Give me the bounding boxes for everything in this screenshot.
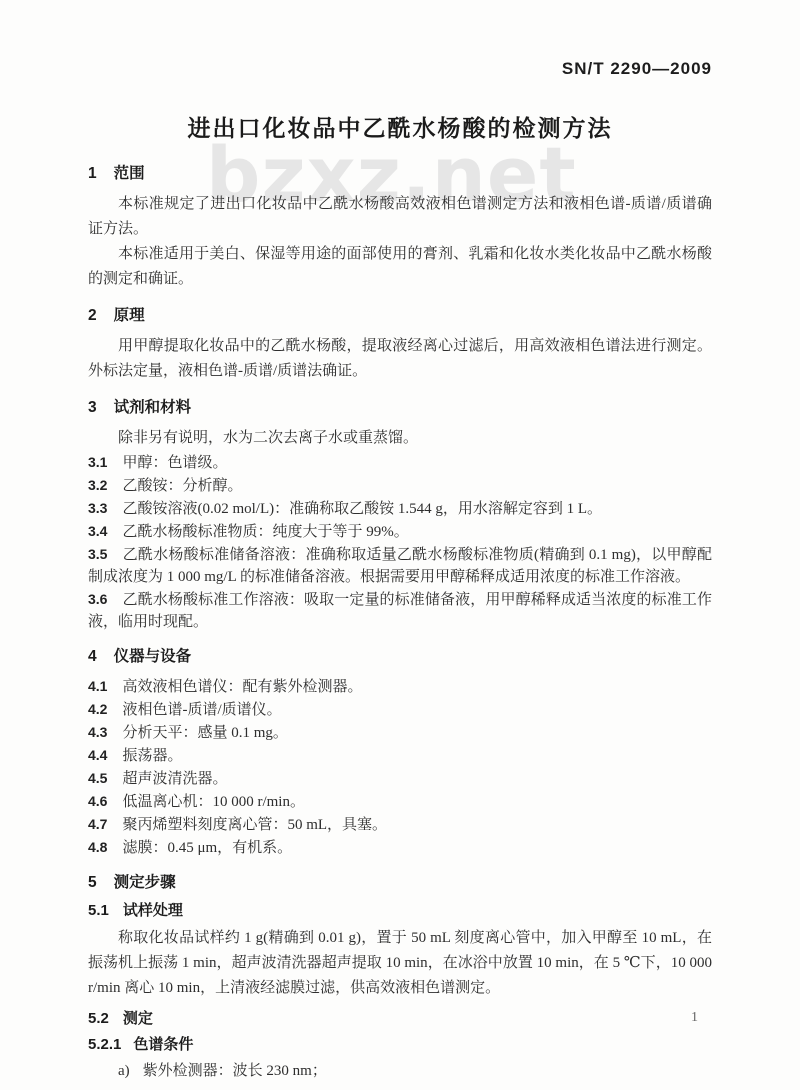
clause-3-5-number: 3.5 bbox=[88, 546, 107, 562]
section-1-paragraph-1: 本标准规定了进出口化妆品中乙酰水杨酸高效液相色谱测定方法和液相色谱-质谱/质谱确… bbox=[88, 192, 712, 242]
section-5-2-heading: 5.2测定 bbox=[88, 1009, 712, 1029]
clause-4-1-number: 4.1 bbox=[88, 678, 107, 694]
clause-3-4-text: 乙酰水杨酸标准物质：纯度大于等于 99%。 bbox=[122, 524, 408, 540]
clause-4-6-text: 低温离心机：10 000 r/min。 bbox=[122, 794, 305, 810]
section-5-1-paragraph: 称取化妆品试样约 1 g(精确到 0.01 g)，置于 50 mL 刻度离心管中… bbox=[88, 926, 712, 1001]
clause-4-2-number: 4.2 bbox=[88, 701, 107, 717]
section-5-1-number: 5.1 bbox=[88, 902, 109, 919]
section-3-number: 3 bbox=[88, 399, 97, 416]
section-4-heading: 4仪器与设备 bbox=[88, 647, 712, 667]
section-5-number: 5 bbox=[88, 874, 97, 891]
clause-3-3: 3.3乙酸铵溶液(0.02 mol/L)：准确称取乙酸铵 1.544 g，用水溶… bbox=[88, 497, 712, 520]
clause-4-6: 4.6低温离心机：10 000 r/min。 bbox=[88, 790, 712, 813]
section-1-heading: 1范围 bbox=[88, 164, 712, 184]
clause-4-8-text: 滤膜：0.45 μm，有机系。 bbox=[122, 840, 292, 856]
section-5-2-title: 测定 bbox=[123, 1010, 153, 1027]
list-item-a: a)紫外检测器：波长 230 nm； bbox=[88, 1059, 712, 1083]
clause-3-3-text: 乙酸铵溶液(0.02 mol/L)：准确称取乙酸铵 1.544 g，用水溶解定容… bbox=[122, 501, 602, 517]
section-3-intro: 除非另有说明，水为二次去离子水或重蒸馏。 bbox=[88, 426, 712, 451]
clause-4-2-text: 液相色谱-质谱/质谱仪。 bbox=[122, 702, 281, 718]
clause-3-6: 3.6乙酰水杨酸标准工作溶液：吸取一定量的标准储备液，用甲醇稀释成适当浓度的标准… bbox=[88, 588, 712, 633]
clause-3-2-text: 乙酸铵：分析醇。 bbox=[122, 478, 242, 494]
section-5-2-number: 5.2 bbox=[88, 1010, 109, 1027]
section-5-2-1-number: 5.2.1 bbox=[88, 1036, 121, 1053]
clause-4-1: 4.1高效液相色谱仪：配有紫外检测器。 bbox=[88, 675, 712, 698]
section-5-2-1-title: 色谱条件 bbox=[133, 1036, 193, 1053]
clause-4-4-number: 4.4 bbox=[88, 747, 107, 763]
clause-4-8-number: 4.8 bbox=[88, 839, 107, 855]
section-2-paragraph-1: 用甲醇提取化妆品中的乙酰水杨酸，提取液经离心过滤后，用高效液相色谱法进行测定。外… bbox=[88, 334, 712, 384]
clause-3-1: 3.1甲醇：色谱级。 bbox=[88, 451, 712, 474]
document-content: SN/T 2290—2009 进出口化妆品中乙酰水杨酸的检测方法 1范围 本标准… bbox=[0, 0, 800, 1083]
section-5-heading: 5测定步骤 bbox=[88, 873, 712, 893]
clause-3-4-number: 3.4 bbox=[88, 523, 107, 539]
clause-4-4-text: 振荡器。 bbox=[122, 748, 182, 764]
section-1-paragraph-2: 本标准适用于美白、保湿等用途的面部使用的膏剂、乳霜和化妆水类化妆品中乙酰水杨酸的… bbox=[88, 242, 712, 292]
section-5-2-1-heading: 5.2.1色谱条件 bbox=[88, 1035, 712, 1055]
list-item-a-marker: a) bbox=[118, 1063, 130, 1079]
clause-3-2: 3.2乙酸铵：分析醇。 bbox=[88, 474, 712, 497]
clause-4-5: 4.5超声波清洗器。 bbox=[88, 767, 712, 790]
clause-3-5-text: 乙酰水杨酸标准储备溶液：准确称取适量乙酰水杨酸标准物质(精确到 0.1 mg)，… bbox=[88, 547, 712, 585]
clause-4-3-number: 4.3 bbox=[88, 724, 107, 740]
clause-4-1-text: 高效液相色谱仪：配有紫外检测器。 bbox=[122, 679, 362, 695]
clause-4-8: 4.8滤膜：0.45 μm，有机系。 bbox=[88, 836, 712, 859]
clause-4-5-number: 4.5 bbox=[88, 770, 107, 786]
document-title: 进出口化妆品中乙酰水杨酸的检测方法 bbox=[88, 114, 712, 142]
section-5-title: 测定步骤 bbox=[114, 874, 176, 891]
clause-3-6-number: 3.6 bbox=[88, 591, 107, 607]
clause-3-5: 3.5乙酰水杨酸标准储备溶液：准确称取适量乙酰水杨酸标准物质(精确到 0.1 m… bbox=[88, 543, 712, 588]
section-4-title: 仪器与设备 bbox=[114, 648, 192, 665]
clause-4-7: 4.7聚丙烯塑料刻度离心管：50 mL，具塞。 bbox=[88, 813, 712, 836]
clause-4-6-number: 4.6 bbox=[88, 793, 107, 809]
clause-4-7-number: 4.7 bbox=[88, 816, 107, 832]
clause-4-3: 4.3分析天平：感量 0.1 mg。 bbox=[88, 721, 712, 744]
list-item-a-text: 紫外检测器：波长 230 nm； bbox=[143, 1063, 327, 1079]
section-3-title: 试剂和材料 bbox=[114, 399, 192, 416]
clause-4-7-text: 聚丙烯塑料刻度离心管：50 mL，具塞。 bbox=[122, 817, 387, 833]
section-4-number: 4 bbox=[88, 648, 97, 665]
section-2-title: 原理 bbox=[114, 307, 145, 324]
section-3-heading: 3试剂和材料 bbox=[88, 398, 712, 418]
clause-4-5-text: 超声波清洗器。 bbox=[122, 771, 227, 787]
section-2-number: 2 bbox=[88, 307, 97, 324]
clause-4-2: 4.2液相色谱-质谱/质谱仪。 bbox=[88, 698, 712, 721]
clause-3-1-text: 甲醇：色谱级。 bbox=[122, 455, 227, 471]
standard-document-page: bzxz.net SN/T 2290—2009 进出口化妆品中乙酰水杨酸的检测方… bbox=[0, 0, 800, 1090]
standard-number: SN/T 2290—2009 bbox=[88, 60, 712, 78]
clause-3-2-number: 3.2 bbox=[88, 477, 107, 493]
clause-3-3-number: 3.3 bbox=[88, 500, 107, 516]
section-5-1-heading: 5.1试样处理 bbox=[88, 901, 712, 921]
section-1-title: 范围 bbox=[114, 165, 145, 182]
section-1-number: 1 bbox=[88, 165, 97, 182]
clause-4-4: 4.4振荡器。 bbox=[88, 744, 712, 767]
clause-3-4: 3.4乙酰水杨酸标准物质：纯度大于等于 99%。 bbox=[88, 520, 712, 543]
section-2-heading: 2原理 bbox=[88, 306, 712, 326]
clause-4-3-text: 分析天平：感量 0.1 mg。 bbox=[122, 725, 287, 741]
page-number: 1 bbox=[691, 1010, 698, 1026]
clause-3-1-number: 3.1 bbox=[88, 454, 107, 470]
clause-3-6-text: 乙酰水杨酸标准工作溶液：吸取一定量的标准储备液，用甲醇稀释成适当浓度的标准工作液… bbox=[88, 592, 712, 630]
section-5-1-title: 试样处理 bbox=[123, 902, 183, 919]
